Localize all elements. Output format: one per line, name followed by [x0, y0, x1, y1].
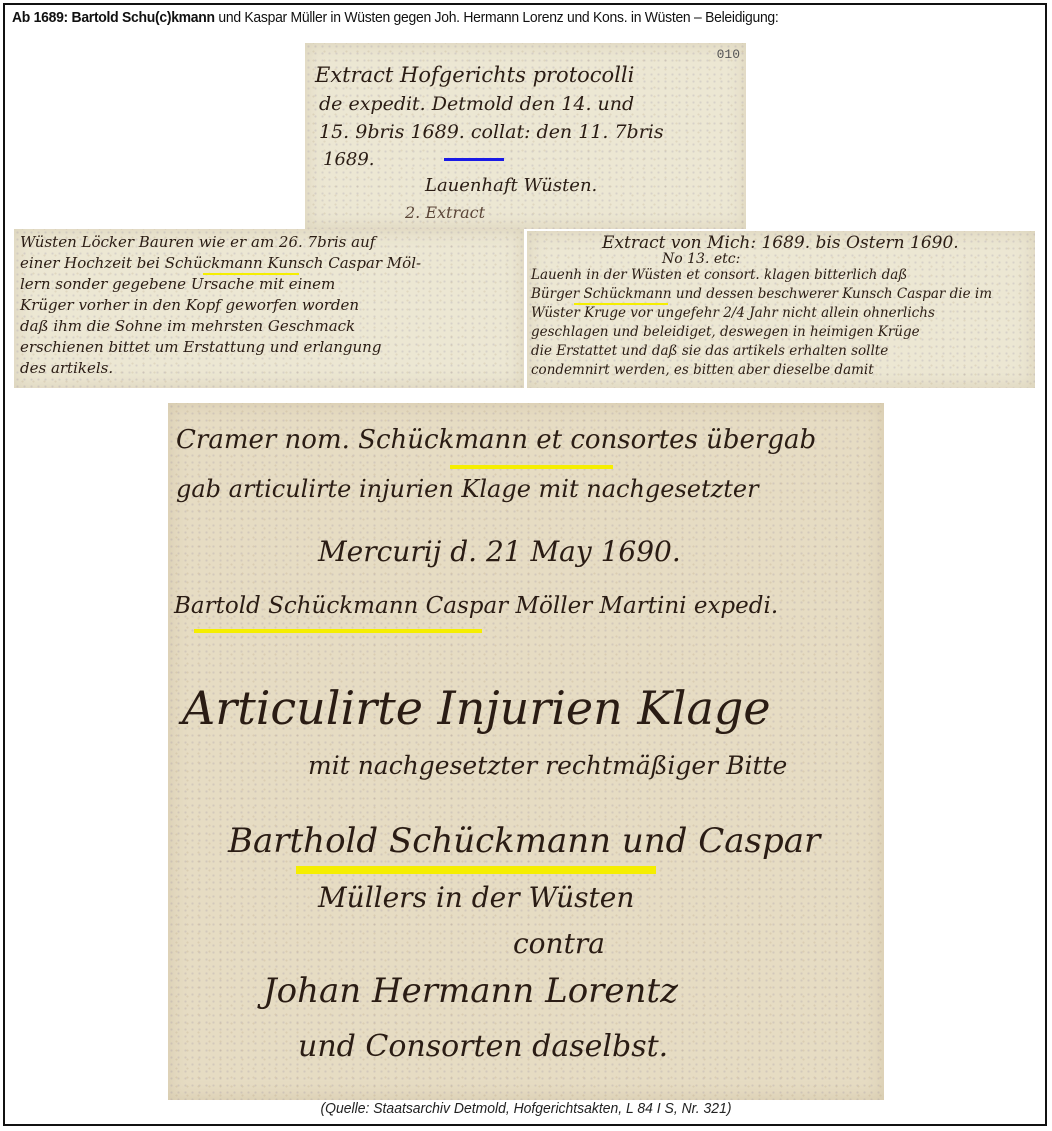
handwriting-line: Extract Hofgerichts protocolli — [315, 63, 634, 87]
page-title: Ab 1689: Bartold Schu(c)kmann und Kaspar… — [12, 9, 779, 26]
handwriting-line: Müllers in der Wüsten — [318, 881, 634, 914]
handwriting-line: gab articulirte injurien Klage mit nachg… — [176, 475, 759, 503]
handwriting-line: Bartold Schückmann Caspar Möller Martini… — [174, 593, 778, 619]
title-prefix: Ab 1689: — [12, 9, 72, 26]
document-scan-middle-right: Extract von Mich: 1689. bis Ostern 1690.… — [527, 231, 1035, 388]
handwriting-line: No 13. etc: — [662, 251, 740, 267]
handwriting-line: Articulirte Injurien Klage — [182, 681, 771, 735]
highlight-underline-blue — [444, 158, 504, 161]
handwriting-line: mit nachgesetzter rechtmäßiger Bitte — [308, 751, 787, 780]
handwriting-line: einer Hochzeit bei Schückmann Kunsch Cas… — [20, 254, 421, 272]
handwriting-line: daß ihm die Sohne im mehrsten Geschmack — [20, 317, 355, 335]
handwriting-line: de expedit. Detmold den 14. und — [319, 93, 634, 115]
handwriting-line: Krüger vorher in den Kopf geworfen worde… — [20, 296, 359, 314]
handwriting-line: 15. 9bris 1689. collat: den 11. 7bris — [319, 121, 664, 143]
handwriting-line: geschlagen und beleidiget, deswegen in h… — [531, 324, 920, 340]
source-caption: (Quelle: Staatsarchiv Detmold, Hofgerich… — [37, 1100, 1015, 1117]
folio-number: 010 — [717, 47, 740, 62]
title-rest: und Kaspar Müller in Wüsten gegen Joh. H… — [215, 9, 779, 26]
document-scan-top: 010 Extract Hofgerichts protocolli de ex… — [305, 43, 746, 229]
handwriting-line: Lauenhaft Wüsten. — [425, 175, 597, 196]
handwriting-line: Bürger Schückmann und dessen beschwerer … — [531, 286, 992, 302]
handwriting-line: erschienen bittet um Erstattung und erla… — [20, 338, 381, 356]
highlight-underline-yellow — [450, 465, 613, 469]
handwriting-line: contra — [513, 927, 605, 960]
handwriting-line: 2. Extract — [405, 203, 485, 222]
handwriting-line: Wüsten Löcker Bauren wie er am 26. 7bris… — [20, 233, 375, 251]
handwriting-line: Extract von Mich: 1689. bis Ostern 1690. — [602, 233, 959, 253]
handwriting-line: lern sonder gegebene Ursache mit einem — [20, 275, 335, 293]
handwriting-line: Cramer nom. Schückmann et consortes über… — [176, 425, 816, 455]
highlight-underline-yellow — [296, 866, 656, 874]
document-scan-middle-left: Wüsten Löcker Bauren wie er am 26. 7bris… — [14, 229, 524, 388]
handwriting-line: und Consorten daselbst. — [298, 1029, 668, 1064]
handwriting-line: Wüster Kruge vor ungefehr 2/4 Jahr nicht… — [531, 305, 935, 321]
highlight-underline-yellow — [194, 629, 482, 633]
handwriting-line: des artikels. — [20, 359, 113, 377]
handwriting-line: 1689. — [323, 149, 375, 170]
document-scan-bottom: Cramer nom. Schückmann et consortes über… — [168, 403, 884, 1100]
handwriting-line: Mercurij d. 21 May 1690. — [318, 535, 681, 568]
handwriting-line: die Erstattet und daß sie das artikels e… — [531, 343, 888, 359]
handwriting-line: Barthold Schückmann und Caspar — [228, 821, 820, 861]
handwriting-line: condemnirt werden, es bitten aber diesel… — [531, 362, 874, 378]
handwriting-line: Lauenh in der Wüsten et consort. klagen … — [531, 267, 907, 283]
handwriting-line: Johan Hermann Lorentz — [263, 971, 678, 1011]
title-bold-name: Bartold Schu(c)kmann — [72, 9, 215, 26]
